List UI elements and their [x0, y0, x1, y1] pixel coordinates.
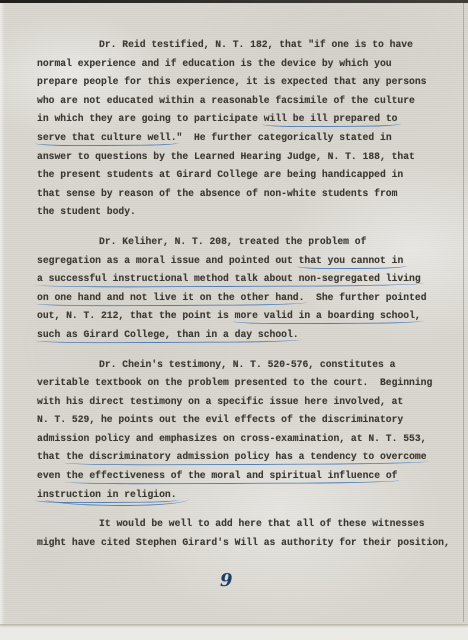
underlined-text: the discriminatory admission policy has …: [66, 451, 426, 462]
text-segment: that sense by reason of the absence of n…: [37, 188, 397, 199]
text-segment: Dr. Keliher, N. T. 208, treated the prob…: [99, 236, 366, 247]
underlined-text: more valid in a boarding school,: [235, 310, 421, 321]
scan-edge-right: [463, 2, 464, 622]
text-segment: even: [37, 470, 66, 481]
underlined-text: will be ill prepared to: [264, 113, 398, 124]
underlined-text: the effectiveness of the moral and spiri…: [66, 470, 397, 481]
underlined-text: that you cannot in: [299, 255, 404, 266]
paragraph: Dr. Reid testified, N. T. 182, that "if …: [37, 36, 447, 222]
text-line: instruction in religion.: [37, 486, 447, 505]
text-line: in which they are going to participate w…: [37, 110, 447, 129]
document-text: Dr. Reid testified, N. T. 182, that "if …: [37, 36, 447, 563]
text-line: prepare people for this experience, it i…: [37, 73, 447, 92]
scan-edge-left: [0, 2, 5, 624]
text-line: admission policy and emphasizes on cross…: [37, 430, 447, 449]
text-segment: " He further categorically stated in: [177, 132, 392, 143]
scan-edge-top: [0, 0, 468, 3]
text-segment: that: [37, 451, 66, 462]
text-segment: who are not educated within a reasonable…: [37, 95, 415, 106]
text-line: Dr. Chein's testimony, N. T. 520-576, co…: [37, 356, 447, 375]
text-line: veritable textbook on the problem presen…: [37, 374, 447, 393]
text-line: out, N. T. 212, that the point is more v…: [37, 307, 447, 326]
text-line: answer to questions by the Learned Heari…: [37, 148, 447, 167]
text-line: with his direct testimony on a specific …: [37, 393, 447, 412]
page-number: 9: [220, 570, 233, 591]
text-line: It would be well to add here that all of…: [37, 515, 447, 534]
text-segment: might have cited Stephen Girard's Will a…: [37, 537, 450, 548]
scanned-page: Dr. Reid testified, N. T. 182, that "if …: [0, 0, 468, 640]
underlined-text: a successful instructional method talk a…: [37, 273, 421, 284]
text-segment: Dr. Reid testified, N. T. 182, that "if …: [99, 39, 413, 50]
text-segment: the student body.: [37, 206, 136, 217]
text-line: the student body.: [37, 203, 447, 222]
text-segment: with his direct testimony on a specific …: [37, 396, 403, 407]
underlined-text: on one hand and not live it on the other…: [37, 292, 304, 303]
text-segment: in which they are going to participate: [37, 113, 264, 124]
text-segment: prepare people for this experience, it i…: [37, 76, 427, 87]
text-line: serve that culture well." He further cat…: [37, 129, 447, 148]
text-line: N. T. 529, he points out the evil effect…: [37, 411, 447, 430]
text-line: that sense by reason of the absence of n…: [37, 185, 447, 204]
text-segment: admission policy and emphasizes on cross…: [37, 433, 427, 444]
text-segment: Dr. Chein's testimony, N. T. 520-576, co…: [99, 359, 396, 370]
text-line: the present students at Girard College a…: [37, 166, 447, 185]
text-segment: veritable textbook on the problem presen…: [37, 377, 432, 388]
paragraph: Dr. Keliher, N. T. 208, treated the prob…: [37, 233, 447, 345]
text-line: on one hand and not live it on the other…: [37, 289, 447, 308]
text-segment: She further pointed: [304, 292, 426, 303]
text-line: might have cited Stephen Girard's Will a…: [37, 534, 447, 553]
paragraph: Dr. Chein's testimony, N. T. 520-576, co…: [37, 356, 447, 505]
text-segment: answer to questions by the Learned Heari…: [37, 151, 415, 162]
underlined-text: serve that culture well.: [37, 132, 177, 143]
text-segment: It would be well to add here that all of…: [99, 518, 425, 529]
text-segment: out, N. T. 212, that the point is: [37, 310, 235, 321]
text-segment: N. T. 529, he points out the evil effect…: [37, 414, 403, 425]
text-segment: normal experience and if education is th…: [37, 58, 392, 69]
underlined-text: such as Girard College, than in a day sc…: [37, 329, 299, 340]
text-line: normal experience and if education is th…: [37, 55, 447, 74]
text-line: Dr. Reid testified, N. T. 182, that "if …: [37, 36, 447, 55]
text-segment: the present students at Girard College a…: [37, 169, 403, 180]
text-line: Dr. Keliher, N. T. 208, treated the prob…: [37, 233, 447, 252]
text-line: segregation as a moral issue and pointed…: [37, 252, 447, 271]
text-line: a successful instructional method talk a…: [37, 270, 447, 289]
text-line: who are not educated within a reasonable…: [37, 92, 447, 111]
text-line: that the discriminatory admission policy…: [37, 448, 447, 467]
paragraph: It would be well to add here that all of…: [37, 515, 447, 552]
underlined-text: instruction in religion.: [37, 489, 177, 500]
text-segment: segregation as a moral issue and pointed…: [37, 255, 299, 266]
text-line: even the effectiveness of the moral and …: [37, 467, 447, 486]
text-line: such as Girard College, than in a day sc…: [37, 326, 447, 345]
